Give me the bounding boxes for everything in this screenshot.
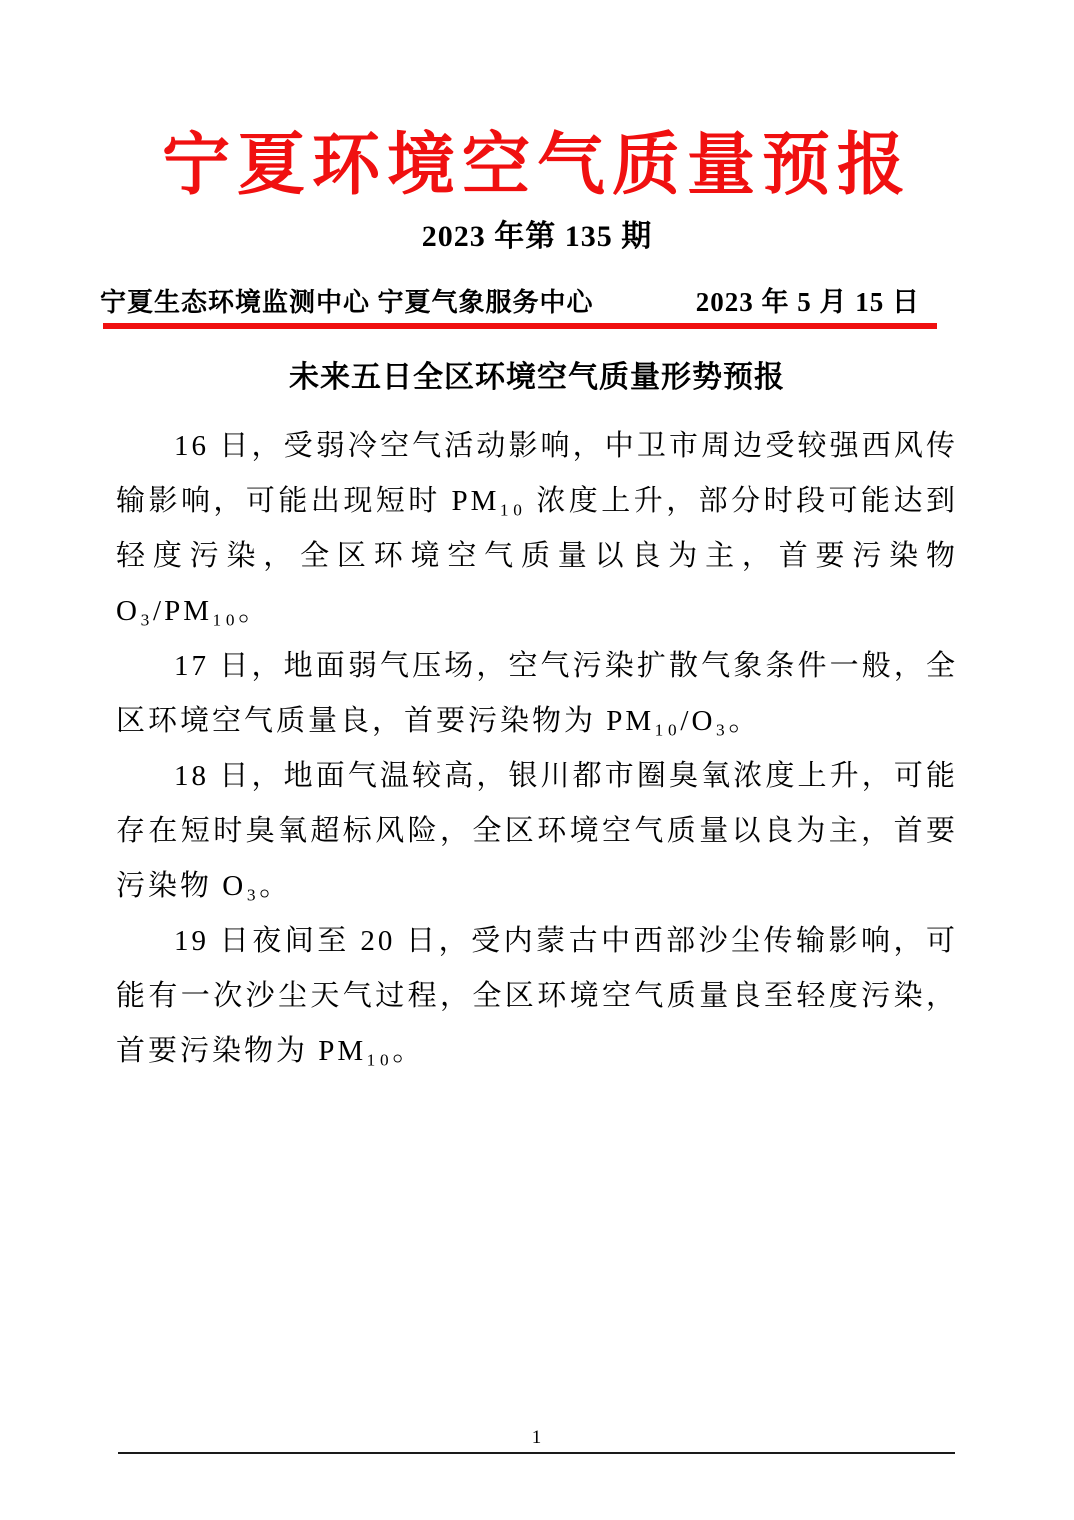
- document-page: 宁夏环境空气质量预报 2023 年第 135 期 宁夏生态环境监测中心 宁夏气象…: [0, 0, 1074, 1520]
- issue-date: 2023 年 5 月 15 日: [696, 280, 920, 319]
- forecast-paragraph-day17: 17 日，地面弱气压场，空气污染扩散气象条件一般，全区环境空气质量良，首要污染物…: [116, 639, 958, 749]
- red-divider-rule: [103, 323, 937, 329]
- issuer-header: 宁夏生态环境监测中心 宁夏气象服务中心 2023 年 5 月 15 日: [100, 280, 920, 319]
- issue-number: 2023 年第 135 期: [0, 220, 1074, 254]
- forecast-paragraph-day19-20: 19 日夜间至 20 日，受内蒙古中西部沙尘传输影响，可能有一次沙尘天气过程，全…: [116, 914, 958, 1079]
- forecast-paragraph-day16: 16 日，受弱冷空气活动影响，中卫市周边受较强西风传输影响，可能出现短时 PM₁…: [116, 419, 958, 639]
- document-title: 宁夏环境空气质量预报: [0, 0, 1074, 206]
- forecast-body: 16 日，受弱冷空气活动影响，中卫市周边受较强西风传输影响，可能出现短时 PM₁…: [116, 419, 958, 1079]
- forecast-paragraph-day18: 18 日，地面气温较高，银川都市圈臭氧浓度上升，可能存在短时臭氧超标风险，全区环…: [116, 749, 958, 914]
- page-number: 1: [532, 1427, 542, 1448]
- page-number-footer: 1: [118, 1426, 955, 1454]
- forecast-section-title: 未来五日全区环境空气质量形势预报: [0, 361, 1074, 395]
- issuing-agencies: 宁夏生态环境监测中心 宁夏气象服务中心: [100, 282, 594, 319]
